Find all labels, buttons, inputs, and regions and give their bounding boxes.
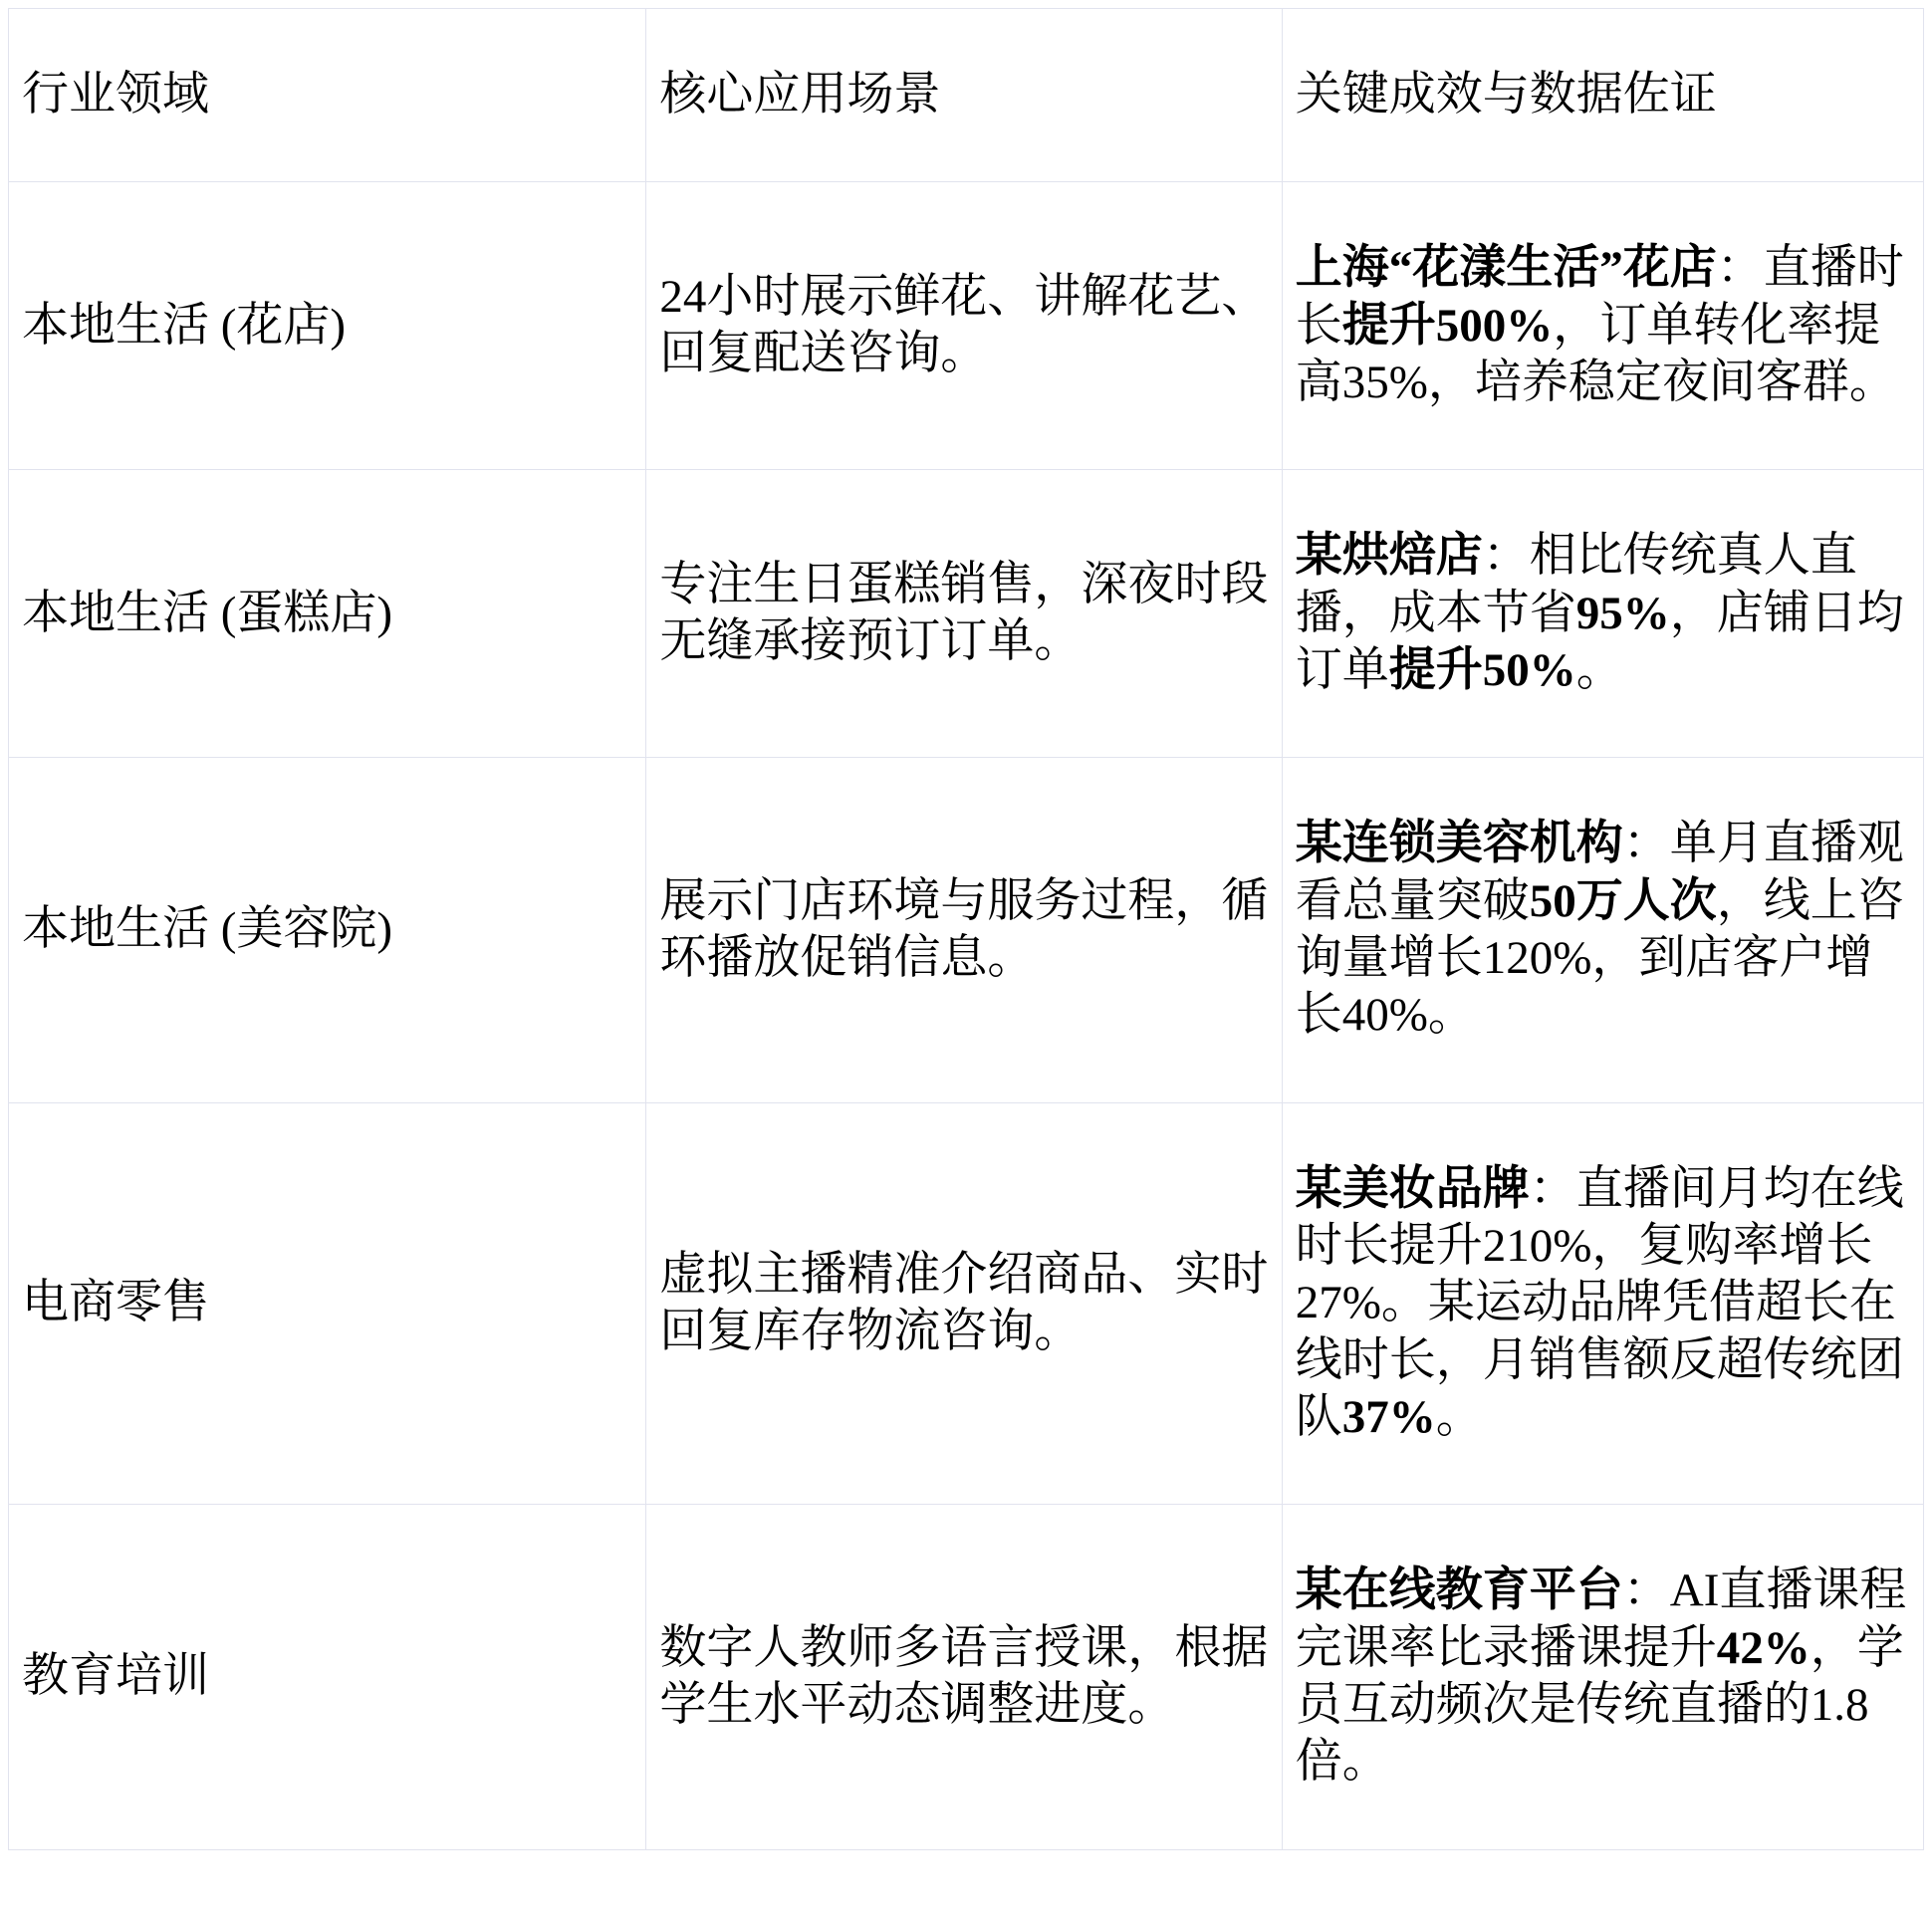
table-row: 本地生活 (蛋糕店)专注生日蛋糕销售，深夜时段无缝承接预订订单。某烘焙店：相比传… — [9, 470, 1924, 758]
result-text-bold: 上海“花漾生活”花店 — [1296, 242, 1717, 294]
result-cell: 某烘焙店：相比传统真人直播，成本节省95%，店铺日均订单提升50%。 — [1282, 470, 1923, 758]
industry-cell: 电商零售 — [9, 1102, 646, 1505]
industry-cell: 本地生活 (花店) — [9, 182, 646, 470]
result-text-bold: 某在线教育平台 — [1296, 1564, 1623, 1616]
result-text-bold: 某美妆品牌 — [1296, 1163, 1530, 1215]
table-row: 本地生活 (美容院)展示门店环境与服务过程，循环播放促销信息。某连锁美容机构：单… — [9, 758, 1924, 1102]
result-cell: 上海“花漾生活”花店：直播时长提升500%，订单转化率提高35%，培养稳定夜间客… — [1282, 182, 1923, 470]
scenario-cell: 专注生日蛋糕销售，深夜时段无缝承接预订订单。 — [646, 470, 1282, 758]
result-text-bold: 提升500% — [1342, 300, 1554, 352]
table-header: 行业领域 核心应用场景 关键成效与数据佐证 — [9, 9, 1924, 182]
industry-cell: 本地生活 (美容院) — [9, 758, 646, 1102]
result-cell: 某在线教育平台：AI直播课程完课率比录播课提升42%，学员互动频次是传统直播的1… — [1282, 1505, 1923, 1849]
header-industry: 行业领域 — [9, 9, 646, 182]
result-text: 。 — [1436, 1391, 1483, 1443]
table-row: 教育培训数字人教师多语言授课，根据学生水平动态调整进度。某在线教育平台：AI直播… — [9, 1505, 1924, 1849]
industry-cell: 本地生活 (蛋糕店) — [9, 470, 646, 758]
result-text-bold: 42% — [1717, 1622, 1811, 1674]
result-text-bold: 某连锁美容机构 — [1296, 818, 1623, 869]
result-text-bold: 37% — [1342, 1391, 1436, 1443]
result-text-bold: 某烘焙店 — [1296, 530, 1483, 582]
result-text-bold: 提升50% — [1389, 644, 1576, 696]
table-body: 本地生活 (花店)24小时展示鲜花、讲解花艺、回复配送咨询。上海“花漾生活”花店… — [9, 182, 1924, 1849]
table-row: 电商零售虚拟主播精准介绍商品、实时回复库存物流咨询。某美妆品牌：直播间月均在线时… — [9, 1102, 1924, 1505]
header-row: 行业领域 核心应用场景 关键成效与数据佐证 — [9, 9, 1924, 182]
scenario-cell: 展示门店环境与服务过程，循环播放促销信息。 — [646, 758, 1282, 1102]
scenario-cell: 24小时展示鲜花、讲解花艺、回复配送咨询。 — [646, 182, 1282, 470]
scenario-cell: 数字人教师多语言授课，根据学生水平动态调整进度。 — [646, 1505, 1282, 1849]
result-cell: 某美妆品牌：直播间月均在线时长提升210%，复购率增长27%。某运动品牌凭借超长… — [1282, 1102, 1923, 1505]
industry-cell: 教育培训 — [9, 1505, 646, 1849]
result-text: 。 — [1576, 644, 1623, 696]
scenario-cell: 虚拟主播精准介绍商品、实时回复库存物流咨询。 — [646, 1102, 1282, 1505]
table-row: 本地生活 (花店)24小时展示鲜花、讲解花艺、回复配送咨询。上海“花漾生活”花店… — [9, 182, 1924, 470]
result-text-bold: 95% — [1576, 588, 1670, 639]
header-result: 关键成效与数据佐证 — [1282, 9, 1923, 182]
industry-results-table: 行业领域 核心应用场景 关键成效与数据佐证 本地生活 (花店)24小时展示鲜花、… — [8, 8, 1924, 1850]
result-text-bold: 50万人次 — [1530, 875, 1717, 927]
header-scenario: 核心应用场景 — [646, 9, 1282, 182]
result-cell: 某连锁美容机构：单月直播观看总量突破50万人次，线上咨询量增长120%，到店客户… — [1282, 758, 1923, 1102]
